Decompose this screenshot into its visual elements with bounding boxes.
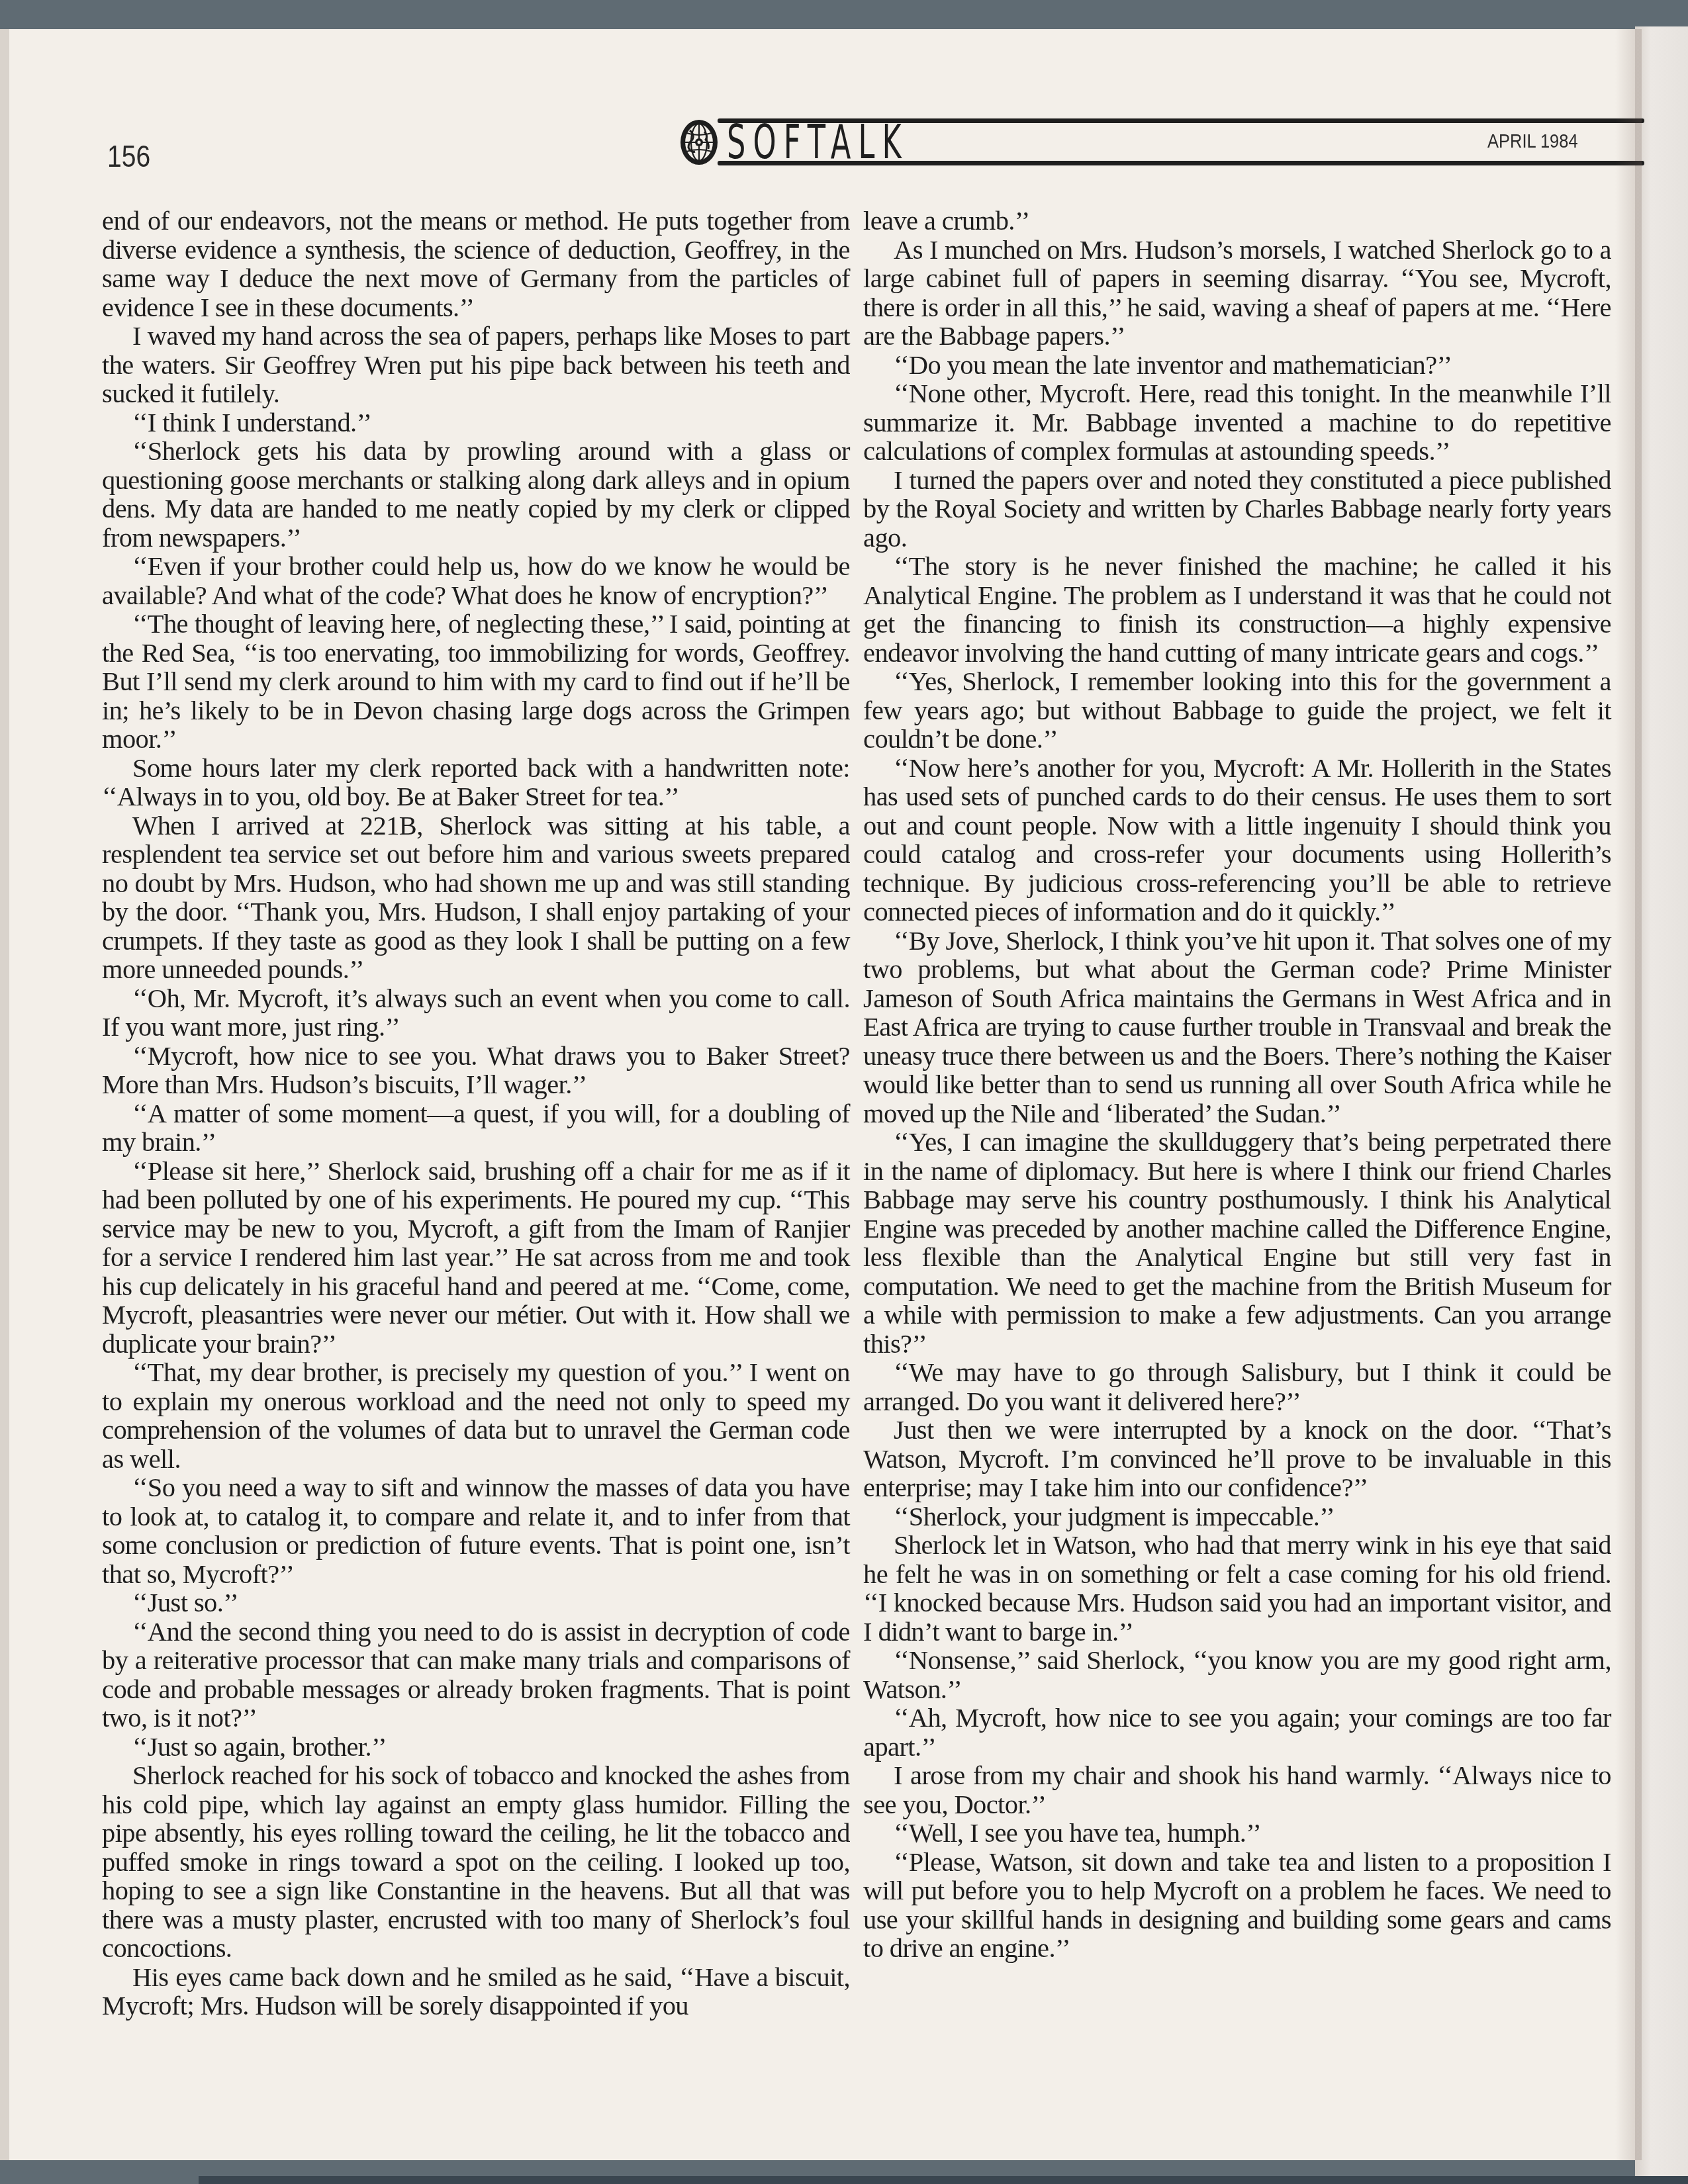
globe-icon xyxy=(678,117,722,167)
paragraph: ‘‘Mycroft, how nice to see you. What dra… xyxy=(102,1042,850,1099)
paragraph: ‘‘Do you mean the late inventor and math… xyxy=(863,351,1611,380)
paragraph: ‘‘A matter of some moment—a quest, if yo… xyxy=(102,1099,850,1157)
paragraph: ‘‘Just so again, brother.’’ xyxy=(102,1733,850,1762)
paragraph: As I munched on Mrs. Hudson’s morsels, I… xyxy=(863,236,1611,351)
scan-bottom-edge xyxy=(199,2176,1688,2184)
paragraph: I turned the papers over and noted they … xyxy=(863,466,1611,553)
masthead: SOFTALK APRIL 1984 xyxy=(678,117,1644,167)
paragraph: ‘‘Just so.’’ xyxy=(102,1588,850,1617)
paragraph: ‘‘Now here’s another for you, Mycroft: A… xyxy=(863,754,1611,927)
adjacent-page-edge xyxy=(1635,26,1688,2184)
paragraph: ‘‘Ah, Mycroft, how nice to see you again… xyxy=(863,1704,1611,1761)
paragraph: end of our endeavors, not the means or m… xyxy=(102,206,850,322)
paragraph: ‘‘The thought of leaving here, of neglec… xyxy=(102,610,850,754)
paragraph: When I arrived at 221B, Sherlock was sit… xyxy=(102,811,850,984)
paragraph: ‘‘Sherlock gets his data by prowling aro… xyxy=(102,437,850,552)
paragraph: ‘‘Please, Watson, sit down and take tea … xyxy=(863,1848,1611,1963)
paragraph: ‘‘Nonsense,’’ said Sherlock, ‘‘you know … xyxy=(863,1646,1611,1704)
paragraph: ‘‘Even if your brother could help us, ho… xyxy=(102,552,850,610)
paragraph: ‘‘Please sit here,’’ Sherlock said, brus… xyxy=(102,1157,850,1359)
paragraph: ‘‘By Jove, Sherlock, I think you’ve hit … xyxy=(863,927,1611,1128)
text-column-left: end of our endeavors, not the means or m… xyxy=(102,206,850,2021)
paragraph: ‘‘Well, I see you have tea, humph.’’ xyxy=(863,1819,1611,1848)
paragraph: Sherlock let in Watson, who had that mer… xyxy=(863,1531,1611,1646)
paragraph: ‘‘Sherlock, your judgment is impeccable.… xyxy=(863,1502,1611,1531)
paragraph: ‘‘Oh, Mr. Mycroft, it’s always such an e… xyxy=(102,984,850,1042)
paragraph: I arose from my chair and shook his hand… xyxy=(863,1761,1611,1819)
paragraph: Just then we were interrupted by a knock… xyxy=(863,1416,1611,1502)
issue-date: APRIL 1984 xyxy=(1487,130,1578,153)
magazine-logo: SOFTALK xyxy=(727,120,909,163)
paragraph: ‘‘And the second thing you need to do is… xyxy=(102,1617,850,1733)
magazine-page: 156 SOFTALK APRIL 1984 end of our endeav… xyxy=(0,29,1635,2160)
paragraph: ‘‘Yes, I can imagine the skullduggery th… xyxy=(863,1128,1611,1358)
paragraph: ‘‘Yes, Sherlock, I remember looking into… xyxy=(863,667,1611,754)
paragraph: ‘‘None other, Mycroft. Here, read this t… xyxy=(863,379,1611,466)
paragraph: ‘‘That, my dear brother, is precisely my… xyxy=(102,1358,850,1473)
paragraph: ‘‘We may have to go through Salisbury, b… xyxy=(863,1358,1611,1416)
binding-shadow xyxy=(1615,29,1642,2160)
paragraph: Some hours later my clerk reported back … xyxy=(102,754,850,811)
paragraph: leave a crumb.’’ xyxy=(863,206,1611,236)
paragraph: Sherlock reached for his sock of tobacco… xyxy=(102,1761,850,1963)
paragraph: I waved my hand across the sea of papers… xyxy=(102,322,850,408)
text-column-right: leave a crumb.’’ As I munched on Mrs. Hu… xyxy=(863,206,1611,1963)
page-number: 156 xyxy=(107,138,150,174)
paragraph: ‘‘So you need a way to sift and winnow t… xyxy=(102,1473,850,1588)
paragraph: ‘‘I think I understand.’’ xyxy=(102,408,850,437)
paragraph: His eyes came back down and he smiled as… xyxy=(102,1963,850,2021)
paragraph: ‘‘The story is he never finished the mac… xyxy=(863,552,1611,667)
